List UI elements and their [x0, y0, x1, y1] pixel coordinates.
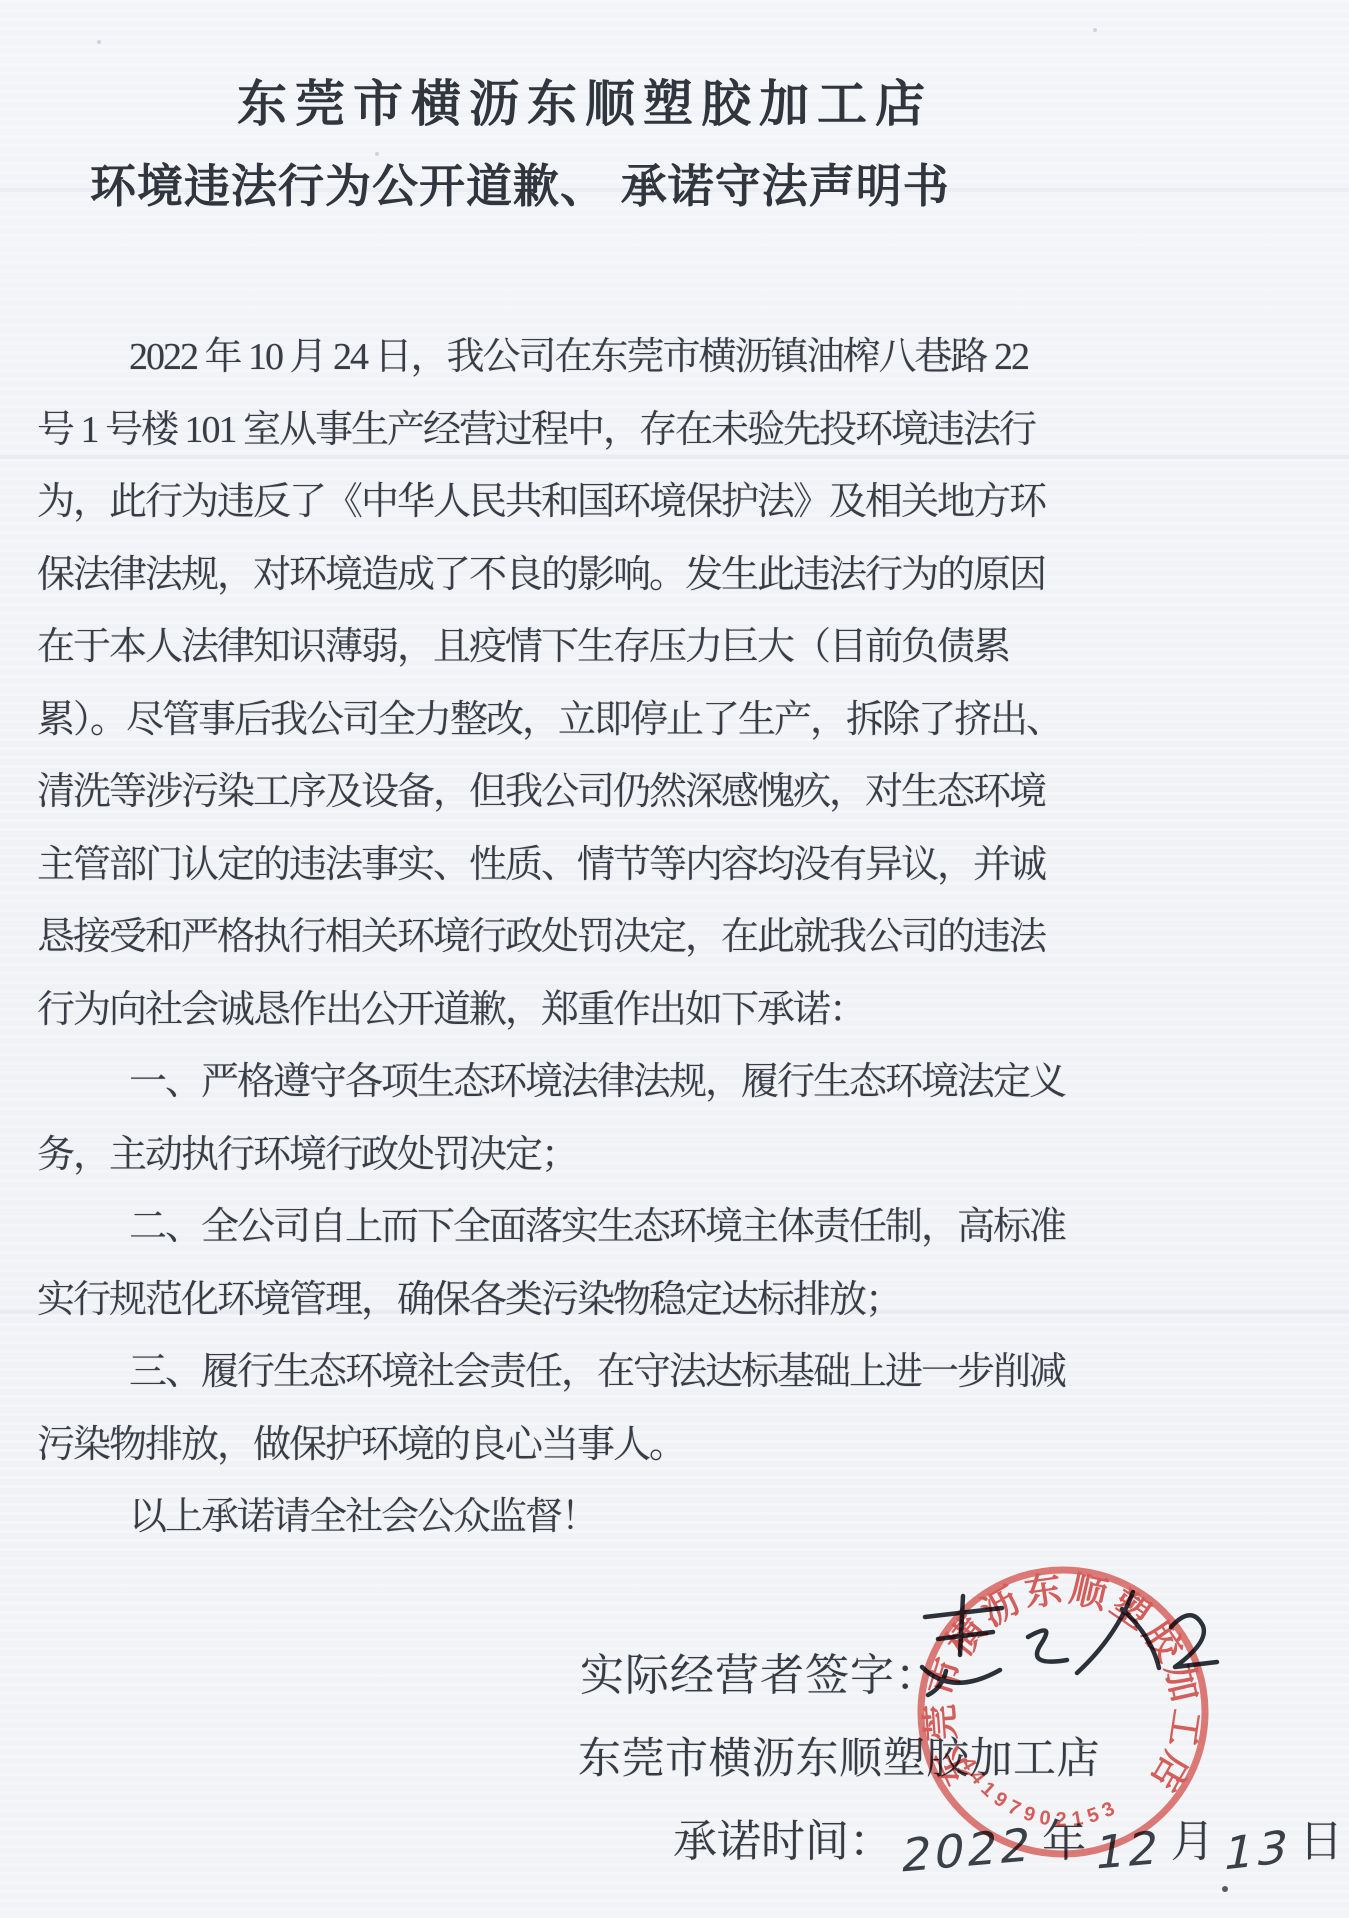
ink-dot [1222, 1886, 1228, 1892]
day-unit: 日 [1299, 1818, 1343, 1866]
body-line: 在于本人法律知识薄弱，且疫情下生存压力巨大（目前负债累 [37, 611, 1112, 684]
body-line: 清洗等涉污染工序及设备，但我公司仍然深感愧疚，对生态环境 [37, 756, 1112, 829]
body-paragraphs: 2022 年 10 月 24 日，我公司在东莞市横沥镇油榨八巷路 22 号 1 … [37, 321, 1112, 1554]
body-line-closing: 以上承诺请全社会公众监督！ [37, 1481, 1112, 1554]
body-line: 保法律法规，对环境造成了不良的影响。发生此违法行为的原因 [37, 539, 1112, 612]
body-line: 污染物排放，做保护环境的良心当事人。 [37, 1409, 1112, 1482]
document-title-line2: 环境违法行为公开道歉、 承诺守法声明书 [90, 158, 950, 216]
scan-speck [375, 152, 379, 156]
scan-speck [97, 40, 101, 44]
body-line: 主管部门认定的违法事实、性质、情节等内容均没有异议，并诚 [37, 829, 1112, 902]
body-line: 为，此行为违反了《中华人民共和国环境保护法》及相关地方环 [37, 466, 1112, 539]
handwritten-signature: 黄之冬 [870, 1575, 1230, 1715]
body-line: 恳接受和严格执行相关环境行政处罚决定，在此就我公司的违法 [37, 901, 1112, 974]
body-line: 务，主动执行环境行政处罚决定； [37, 1119, 1112, 1192]
scanned-document-page: 东莞市横沥东顺塑胶加工店 环境违法行为公开道歉、 承诺守法声明书 2022 年 … [0, 0, 1349, 1918]
body-line: 实行规范化环境管理，确保各类污染物稳定达标排放； [37, 1264, 1112, 1337]
document-title-line1: 东莞市横沥东顺塑胶加工店 [237, 76, 933, 134]
date-label: 承诺时间： [673, 1818, 893, 1866]
body-line-commitment-2: 二、全公司自上而下全面落实生态环境主体责任制，高标准 [37, 1191, 1112, 1264]
body-line: 号 1 号楼 101 室从事生产经营过程中，存在未验先投环境违法行 [37, 394, 1112, 467]
body-line: 行为向社会诚恳作出公开道歉，郑重作出如下承诺： [37, 974, 1112, 1047]
body-line-commitment-1: 一、严格遵守各项生态环境法律法规，履行生态环境法定义 [37, 1046, 1112, 1119]
body-line: 2022 年 10 月 24 日，我公司在东莞市横沥镇油榨八巷路 22 [37, 321, 1112, 394]
handwritten-day: 13 [1219, 1821, 1296, 1879]
body-line: 累）。尽管事后我公司全力整改，立即停止了生产，拆除了挤出、 [37, 684, 1112, 757]
body-line-commitment-3: 三、履行生态环境社会责任，在守法达标基础上进一步削减 [37, 1336, 1112, 1409]
scan-speck [1093, 28, 1097, 32]
